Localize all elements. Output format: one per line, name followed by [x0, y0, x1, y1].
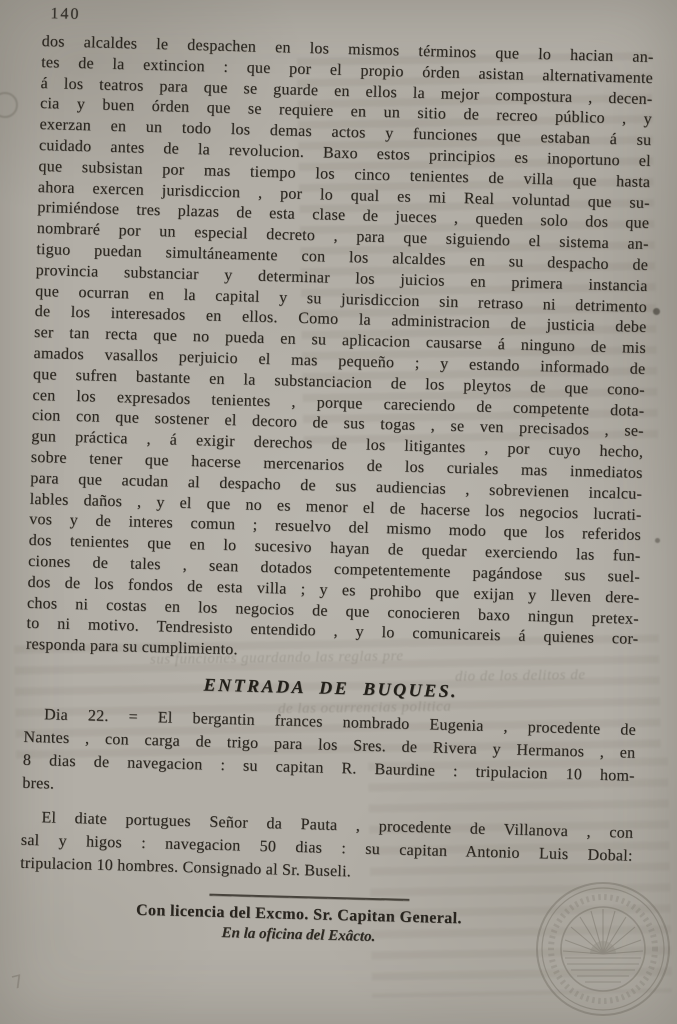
ring-stain — [0, 92, 18, 118]
pencil-mark: 7 — [10, 971, 26, 994]
royal-decree-paragraph: dos alcaldes le despachen en los mismos … — [26, 32, 654, 672]
printed-content: 140 dos alcaldes le despachen en los mis… — [18, 32, 653, 953]
imprint-divider-rule — [209, 894, 409, 901]
ship-entry-eugenia: Dia 22. = El bergantin frances nombrado … — [22, 703, 636, 811]
page-number: 140 — [50, 5, 80, 24]
ink-stain — [655, 538, 660, 543]
embossed-seal-icon — [532, 878, 674, 1020]
section-heading-entrada-de-buques: ENTRADA DE BUQUES. — [25, 670, 637, 707]
ink-stain — [653, 308, 660, 315]
imprint-colophon: Con licencia del Excmo. Sr. Capitan Gene… — [18, 899, 579, 952]
scanned-page: sus funciones guardando las reglas predi… — [0, 0, 677, 1024]
